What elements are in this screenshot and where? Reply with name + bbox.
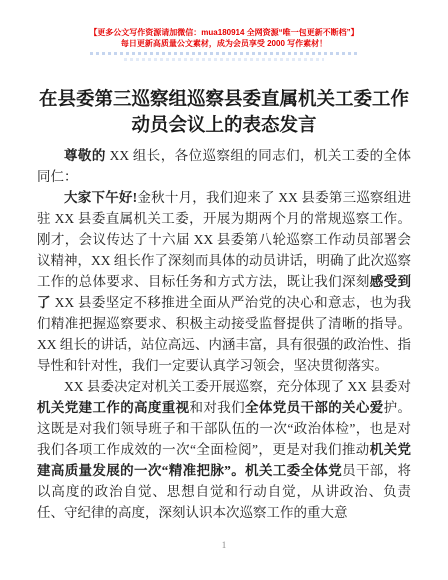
paragraph: 尊敬的 XX 组长，各位巡察组的同志们，机关工委的全体同仁： [37,145,411,187]
document-body: 尊敬的 XX 组长，各位巡察组的同志们，机关工委的全体同仁：大家下午好!金秋十月… [37,145,411,523]
promo-header: 【更多公文写作资源请加微信：mua180914 全网资源“唯一包更新不断档”】 … [0,0,448,49]
faint-watermark-line-2 [124,58,324,61]
document-page: 【更多公文写作资源请加微信：mua180914 全网资源“唯一包更新不断档”】 … [0,0,448,580]
document-title: 在县委第三巡察组巡察县委直属机关工委工作 动员会议上的表态发言 [30,86,418,138]
promo-line-1: 【更多公文写作资源请加微信：mua180914 全网资源“唯一包更新不断档”】 [0,27,448,38]
promo-line-2: 每日更新高质量公文素材，成为会员享受 2000 写作素材！ [0,38,448,49]
paragraph: XX 县委决定对机关工委开展巡察，充分体现了 XX 县委对机关党建工作的高度重视… [37,376,411,523]
paragraph: 大家下午好!金秋十月，我们迎来了 XX 县委第三巡察组进驻 XX 县委直属机关工… [37,187,411,376]
page-number: 1 [0,540,448,550]
title-line-2: 动员会议上的表态发言 [30,112,418,138]
faint-watermark-line [90,52,358,55]
title-line-1: 在县委第三巡察组巡察县委直属机关工委工作 [30,86,418,112]
